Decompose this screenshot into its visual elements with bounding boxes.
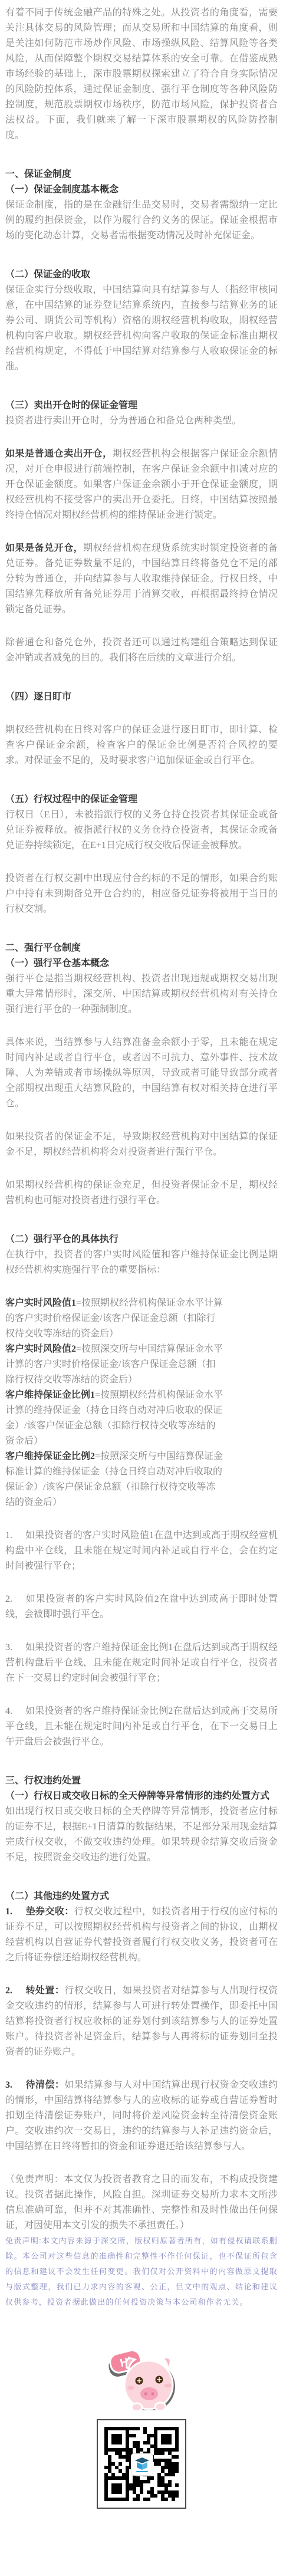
- section-2-2-title: （二）强行平仓的具体执行: [5, 1232, 278, 1247]
- margin-ratio-formulas: 客户实时风险值1=按照期权经营机构保证金水平计算 的客户实时价格保证金/该客户保…: [5, 1296, 278, 1510]
- covered-position-paragraph: 如果是备兑开仓，期权经营机构在现货系统实时锁定投资者的备兑证券。备兑证券数量不足…: [5, 541, 278, 617]
- qr-finder-top-right: [154, 2427, 179, 2452]
- qr-module: [164, 2498, 168, 2501]
- section-1-5-title: （五）行权过程中的保证金管理: [5, 792, 278, 807]
- combo-strategy-paragraph: 除普通仓和备兑仓外，投资者还可以通过构建组合策略达到保证金冲销或者减免的目的。我…: [5, 635, 278, 666]
- mark-to-market-paragraph: 期权经营机构在日终对客户的保证金进行逐日盯市，即计算、检查客户保证金余额，检查客…: [5, 722, 278, 768]
- qr-logo-caption-bar: [136, 2471, 148, 2472]
- qr-finder-bottom-left: [104, 2476, 129, 2501]
- section-3-title: 三、行权违约处置: [5, 1773, 278, 1789]
- liquidation-rule-1: 1.如果投资者的客户实时风险值1在盘中达到或高于期权经营机构盘中平仓线，且未能在…: [5, 1528, 278, 1574]
- qr-module: [111, 2473, 115, 2476]
- qr-module: [161, 2452, 164, 2455]
- exercise-delivery-paragraph: 投资者在行权交割中出现应付合约标的不足的情形，如果合约账户中持有未到期备兑开仓合…: [5, 871, 278, 917]
- section-1-4-title: （四）逐日盯市: [5, 689, 278, 705]
- qr-module: [147, 2480, 150, 2483]
- qr-module: [172, 2473, 175, 2476]
- default-method-3: 3.待清偿：如果结算参与人对中国结算出现行权资金交收违约的情形，中国结算将结算参…: [5, 2078, 278, 2154]
- qr-finder-top-left: [104, 2427, 129, 2452]
- formula-maintenance-ratio-1: 客户维持保证金比例1=按照期权经营机构保证金水平 计算的维持保证金（持仓日终自动…: [5, 1388, 278, 1449]
- formula-realtime-risk-1: 客户实时风险值1=按照期权经营机构保证金水平计算 的客户实时价格保证金/该客户保…: [5, 1296, 278, 1342]
- section-2-1-title: （一）强行平仓基本概念: [5, 956, 278, 971]
- section-1-3-title: （三）卖出开仓时的保证金管理: [5, 398, 278, 413]
- covered-position-lead: 如果是备兑开仓，: [5, 543, 83, 553]
- qr-module: [172, 2498, 175, 2501]
- default-method-1: 1.垫券交收：行权交收过程中，如投资者用于行权的应付标的证券不足，可以按照期权经…: [5, 1904, 278, 1966]
- ordinary-position-lead: 如果是普通仓卖出开仓，: [5, 449, 113, 459]
- qr-center-logo: [131, 2453, 153, 2476]
- section-3-2-title: （二）其他违约处置方式: [5, 1889, 278, 1904]
- qr-module: [136, 2427, 140, 2430]
- exercise-day-margin-paragraph: 行权日（E日），未被指派行权的义务仓持仓投资者其保证金或备兑证券被释放。被指派行…: [5, 807, 278, 853]
- liquidation-rule-3: 3.如果投资者的客户维持保证金比例1在盘后达到或高于期权经营机构盘后平仓线，且未…: [5, 1640, 278, 1686]
- szse-disclaimer-paragraph: （免责声明：本文仅为投资者教育之目的而发布，不构成投资建议。投资者据此操作，风险…: [5, 2172, 278, 2233]
- margin-collection-paragraph: 保证金实行分级收取，中国结算向具有结算参与人（指经审核同意，在中国结算的证券登记…: [5, 282, 278, 374]
- section-1-title: 一、保证金制度: [5, 167, 278, 182]
- qr-module: [175, 2455, 179, 2459]
- qr-module: [175, 2494, 179, 2498]
- suspension-default-paragraph: 如出现行权日或交收日标的全天停牌等异常情形，投资者应付标的证券不足，根据E+1日…: [5, 1804, 278, 1865]
- sell-open-types-paragraph: 投资者进行卖出开仓时，分为普通仓和备兑仓两种类型。: [5, 413, 278, 429]
- qr-module: [133, 2434, 136, 2437]
- broker-margin-sufficient-paragraph: 如果期权经营机构的保证金充足，但投资者保证金不足，期权经营机构也可能对投资者进行…: [5, 1178, 278, 1208]
- qr-logo-box-icon: [134, 2457, 150, 2470]
- qr-module: [175, 2483, 179, 2487]
- stock-options-risk-article-page: 有着不同于传统金融产品的特殊之处。从投资者的角度看，需要关注具体交易的风险管理；…: [0, 0, 283, 2576]
- qr-module: [140, 2490, 143, 2494]
- section-3-1-title: （一）行权日或交收日标的全天停牌等异常情形的违约处置方式: [5, 1789, 278, 1804]
- margin-concept-paragraph: 保证金制度，指的是在金融衍生品交易时，交易者需缴纳一定比例的履约担保资金，以作为…: [5, 198, 278, 244]
- section-2-title: 二、强行平仓制度: [5, 941, 278, 956]
- forced-liquidation-detail-paragraph: 具体来说，当结算参与人结算准备金余额小于零，且未能在规定时间内补足或者自行平仓，…: [5, 1035, 278, 1112]
- qr-module: [168, 2483, 172, 2487]
- qr-module: [175, 2469, 179, 2473]
- pig-mascot-svg: Hi: [103, 2345, 180, 2410]
- company-disclaimer-paragraph: 免责声明:本文内容来源于深交所，版权归原著者所有，如有侵权请联系删除。本公司对这…: [5, 2233, 278, 2310]
- investor-margin-shortfall-paragraph: 如果投资者的保证金不足，导致期权经营机构对中国结算的保证金不足，期权经营机构将会…: [5, 1129, 278, 1160]
- qr-module: [150, 2434, 154, 2437]
- section-1-2-title: （二）保证金的收取: [5, 267, 278, 282]
- section-1-1-title: （一）保证金制度基本概念: [5, 182, 278, 198]
- qr-module: [119, 2462, 122, 2466]
- ordinary-position-paragraph: 如果是普通仓卖出开仓，期权经营机构会根据客户保证金余额情况，对开仓申报进行前端控…: [5, 446, 278, 523]
- qr-module: [150, 2476, 154, 2480]
- execution-indicators-paragraph: 在执行中，投资者的客户实时风险值和客户维持保证金比例是期权经营机构实施强行平仓的…: [5, 1247, 278, 1278]
- qr-module: [136, 2498, 140, 2501]
- formula-maintenance-ratio-2: 客户维持保证金比例2=按照深交所与中国结算保证金 标准计算的维持保证金（持仓日终…: [5, 1449, 278, 1510]
- forced-liquidation-concept-paragraph: 强行平仓是指当期权经营机构、投资者出现违规或期权交易出现重大异常情形时，深交所、…: [5, 971, 278, 1017]
- qrcode: [97, 2419, 186, 2509]
- qr-module: [150, 2444, 154, 2448]
- qr-module: [147, 2498, 150, 2501]
- intro-paragraph: 有着不同于传统金融产品的特殊之处。从投资者的角度看，需要关注具体交易的风险管理；…: [5, 5, 278, 143]
- formula-realtime-risk-2: 客户实时风险值2=按照深交所与中国结算保证金水平 计算的客户实时价格保证金/该客…: [5, 1342, 278, 1388]
- pig-mascot-illustration: Hi: [103, 2345, 180, 2413]
- liquidation-rule-4: 4.如果投资者的客户维持保证金比例2在盘后达到或高于交易所平仓线，且未能在规定时…: [5, 1704, 278, 1750]
- qr-module: [154, 2494, 157, 2498]
- liquidation-rule-2: 2.如果投资者的客户实时风险值2在盘中达到或高于即时处置线，会被即时强行平仓。: [5, 1592, 278, 1622]
- default-method-2: 2.转处置：行权交收日，如果投资者对结算参与人出现行权资金交收违约的情形，结算参…: [5, 1983, 278, 2060]
- qr-module: [104, 2473, 108, 2476]
- qr-module: [126, 2473, 129, 2476]
